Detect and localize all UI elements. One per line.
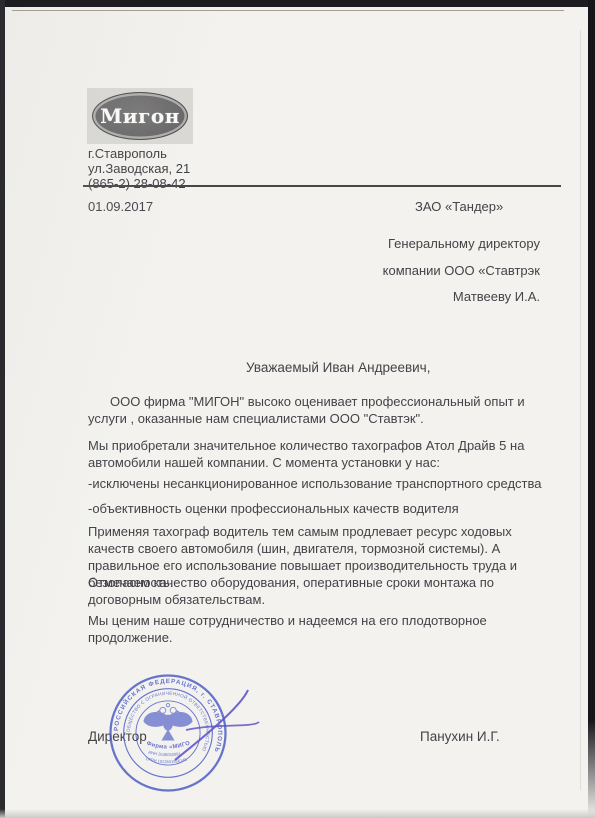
signer-name: Панухин И.Г. [420, 729, 500, 744]
sender-phone: (865-2) 28-08-42 [88, 176, 190, 191]
paper-edge-shadow [580, 30, 581, 790]
logo-text: Мигон [100, 104, 180, 128]
recipient-line-name: Матвееву И.А. [240, 284, 540, 311]
scan-edge-left [0, 0, 5, 818]
recipient-block: Генеральному директору компании ООО «Ста… [240, 231, 540, 311]
body-list-item: -исключены несанкционированное использов… [88, 475, 556, 492]
sender-city: г.Ставрополь [88, 146, 190, 161]
recipient-line-position: Генеральному директору [240, 231, 540, 258]
handwritten-signature [140, 678, 270, 773]
scan-edge-bottom [0, 809, 595, 818]
body-paragraph: Мы приобретали значительное количество т… [88, 437, 556, 471]
stamp-separator-star-left: * [124, 732, 127, 738]
recipient-line-org: компании ООО «Ставтрэк [240, 258, 540, 285]
body-paragraph: Мы ценим наше сотрудничество и надеемся … [88, 612, 556, 646]
sender-street: ул.Заводская, 21 [88, 161, 190, 176]
letter-date: 01.09.2017 [88, 199, 153, 214]
recipient-company: ЗАО «Тандер» [415, 199, 503, 214]
scan-edge-right [588, 0, 595, 818]
salutation: Уважаемый Иван Андреевич, [246, 360, 430, 375]
logo-oval: Мигон [92, 92, 188, 140]
scan-edge-top [0, 0, 595, 7]
scanned-letter-page: Мигон г.Ставрополь ул.Заводская, 21 (865… [0, 0, 595, 818]
company-logo: Мигон [87, 88, 193, 144]
scan-top-line [12, 10, 564, 11]
body-paragraph: ООО фирма "МИГОН" высоко оценивает профе… [88, 393, 556, 427]
body-list-item: -объективность оценки профессиональных к… [88, 500, 556, 517]
letterhead-divider [83, 185, 561, 187]
body-paragraph: Отмечаем качество оборудования, оператив… [88, 574, 556, 608]
